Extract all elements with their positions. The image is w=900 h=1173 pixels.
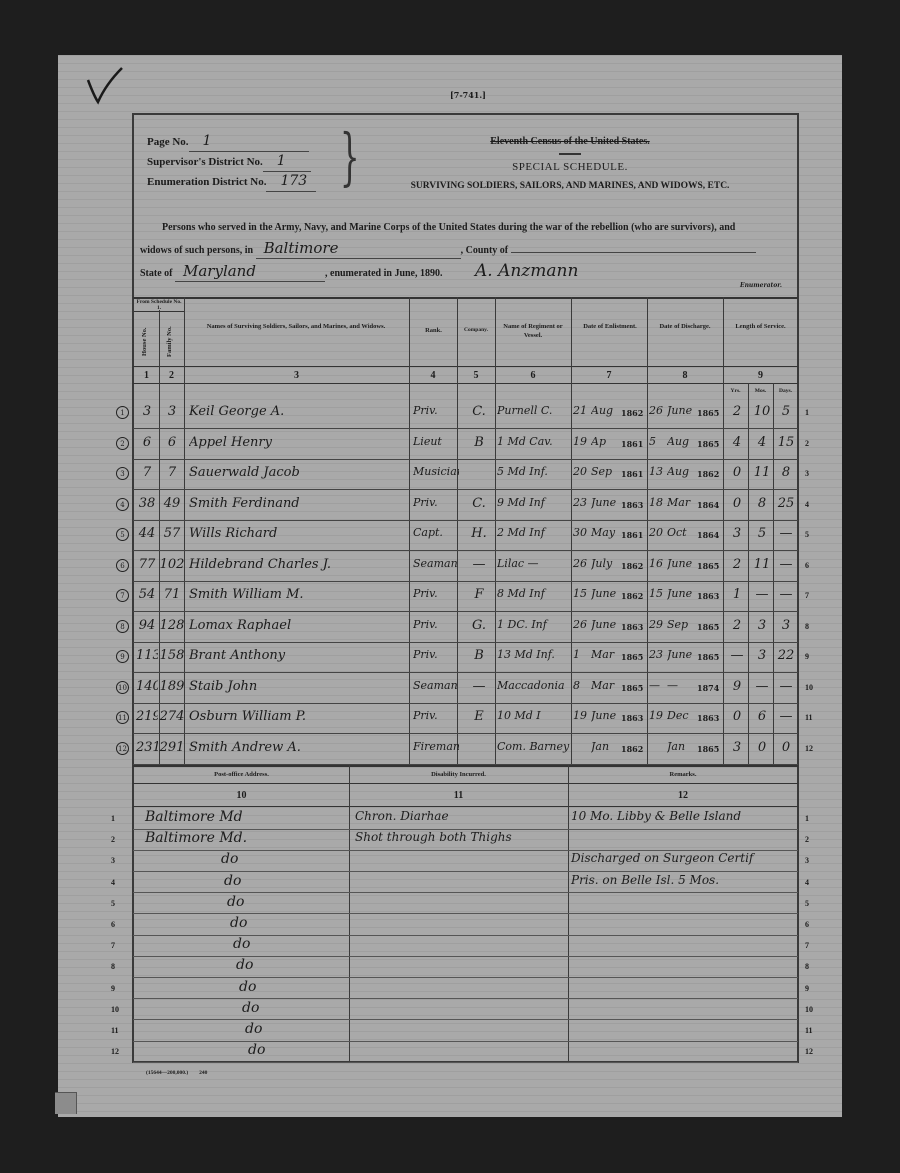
cell-family: 189 [159, 679, 185, 694]
cell-enl-year: 1865 [621, 683, 647, 693]
cell-regiment: 1 DC. Inf [497, 618, 573, 631]
cell-enl-day: 23 [573, 496, 591, 509]
cell-dis-year: 1865 [697, 652, 723, 662]
enumerated-label: , enumerated in June, 1890. [325, 268, 443, 279]
cell-dis-year: 1864 [697, 500, 723, 510]
cell-regiment: Purnell C. [497, 404, 573, 417]
schedule-subtitle: SURVIVING SOLDIERS, SAILORS, AND MARINES… [340, 181, 800, 191]
cell-enl-month: Mar [591, 648, 621, 661]
enumerator-label: Enumerator. [740, 282, 782, 289]
cell-days: — [774, 679, 798, 694]
address-header: Post-office Address. [134, 770, 349, 779]
table-row: 43849Smith FerdinandPriv.C.9 Md Inf23Jun… [133, 490, 798, 521]
cell-dis-month: Dec [667, 709, 697, 722]
cell-days: 5 [774, 404, 798, 419]
cell-enl-year: 1863 [621, 622, 647, 632]
table-row: 677102Hildebrand Charles J.Seaman—Lilac … [133, 551, 798, 582]
cell-company: C. [461, 496, 497, 511]
cell-dis-day: 5 [649, 435, 667, 448]
cell-house: 3 [136, 404, 158, 419]
cell-address: Baltimore Md [145, 809, 243, 825]
cell-dis-month: Jan [667, 740, 697, 753]
cell-dis-day: 15 [649, 587, 667, 600]
cell-enl-day: 15 [573, 587, 591, 600]
form-id: [7-741.] [450, 90, 486, 100]
lower-table-row: 1Baltimore MdChron. Diarhae10 Mo. Libby … [133, 808, 798, 830]
page-corner-fold [55, 1092, 77, 1114]
col-num-2: 2 [159, 370, 184, 381]
row-line-number: 10 [805, 683, 813, 692]
state-label: State of [140, 268, 173, 279]
cell-house: 219 [136, 709, 158, 724]
line-circle-marker: 11 [116, 711, 129, 724]
row-line-number: 12 [111, 1047, 119, 1056]
row-line-number: 1 [111, 814, 115, 823]
cell-yrs: 2 [726, 404, 748, 419]
cell-mos: 10 [750, 404, 774, 419]
cell-enl-year: 1862 [621, 561, 647, 571]
cell-dis-day: — [649, 679, 667, 692]
lower-number-rule [133, 806, 798, 807]
cell-company: — [461, 679, 497, 694]
cell-mos: — [750, 679, 774, 694]
cell-address: do [248, 1042, 265, 1058]
row-line-number: 9 [111, 984, 115, 993]
cell-name: Osburn William P. [189, 709, 409, 724]
cell-mos: 3 [750, 648, 774, 663]
col-num-5: 5 [457, 370, 495, 381]
col-num-1: 1 [134, 370, 159, 381]
cell-address: do [245, 1021, 262, 1037]
cell-yrs: 3 [726, 740, 748, 755]
checkmark-icon [84, 66, 144, 116]
cell-dis-year: 1865 [697, 561, 723, 571]
cell-remarks: 10 Mo. Libby & Belle Island [571, 809, 741, 823]
cell-address: do [224, 873, 241, 889]
cell-rank: Priv. [413, 618, 459, 631]
cell-dis-day: 29 [649, 618, 667, 631]
table-row: 11219274Osburn William P.Priv.E10 Md I19… [133, 703, 798, 734]
cell-enl-month: Jan [591, 740, 621, 753]
cell-family: 274 [159, 709, 185, 724]
cell-rank: Musician [413, 465, 459, 478]
names-header: Names of Surviving Soldiers, Sailors, an… [196, 322, 396, 331]
row-line-number: 8 [805, 622, 809, 631]
cell-dis-year: 1865 [697, 439, 723, 449]
county-value [511, 252, 756, 253]
title-divider [559, 153, 581, 155]
row-line-number: 6 [805, 561, 809, 570]
lower-table-row: 7do7 [133, 935, 798, 957]
cell-enl-year: 1861 [621, 469, 647, 479]
cell-company: H. [461, 526, 497, 541]
lower-table-row: 4doPris. on Belle Isl. 5 Mos.4 [133, 872, 798, 894]
cell-family: 7 [159, 465, 185, 480]
cell-family: 158 [159, 648, 185, 663]
cell-enl-day: 21 [573, 404, 591, 417]
cell-dis-day: 23 [649, 648, 667, 661]
cell-family: 128 [159, 618, 185, 633]
cell-family: 49 [159, 496, 185, 511]
header-number-rule [133, 366, 798, 367]
cell-rank: Seaman [413, 679, 459, 692]
cell-house: 94 [136, 618, 158, 633]
cell-name: Smith William M. [189, 587, 409, 602]
table-row: 10140189Staib JohnSeaman—Maccadonia8Mar1… [133, 673, 798, 704]
lower-table-row: 10do10 [133, 999, 798, 1021]
cell-regiment: 2 Md Inf [497, 526, 573, 539]
cell-days: — [774, 587, 798, 602]
cell-yrs: 0 [726, 465, 748, 480]
col-num-6: 6 [495, 370, 571, 381]
col-num-3: 3 [184, 370, 409, 381]
row-line-number: 2 [805, 439, 809, 448]
cell-mos: 11 [750, 557, 774, 572]
lower-table-row: 9do9 [133, 978, 798, 1000]
header-district-info: Page No.1 Supervisor's District No.1 Enu… [147, 132, 316, 192]
cell-family: 71 [159, 587, 185, 602]
cell-name: Wills Richard [189, 526, 409, 541]
lower-table-row: 8do8 [133, 956, 798, 978]
cell-mos: 11 [750, 465, 774, 480]
cell-days: — [774, 526, 798, 541]
header-title-block: Eleventh Census of the United States. SP… [340, 136, 800, 191]
line-circle-marker: 1 [116, 406, 129, 419]
enumeration-label: Enumeration District No. [147, 173, 266, 192]
page-no-label: Page No. [147, 133, 189, 152]
cell-name: Staib John [189, 679, 409, 694]
cell-family: 3 [159, 404, 185, 419]
table-row: 75471Smith William M.Priv.F8 Md Inf15Jun… [133, 581, 798, 612]
cell-yrs: 2 [726, 557, 748, 572]
row-line-number: 3 [111, 856, 115, 865]
cell-address: do [221, 851, 238, 867]
discharge-header: Date of Discharge. [655, 322, 715, 331]
row-line-number: 1 [805, 814, 809, 823]
lower-table-row: 6do6 [133, 914, 798, 936]
cell-name: Smith Andrew A. [189, 740, 409, 755]
cell-company: C. [461, 404, 497, 419]
cell-family: 102 [159, 557, 185, 572]
cell-enl-day: 19 [573, 435, 591, 448]
cell-family: 57 [159, 526, 185, 541]
cell-dis-year: 1865 [697, 408, 723, 418]
lower-table-row: 5do5 [133, 893, 798, 915]
rank-header: Rank. [410, 326, 457, 335]
line-circle-marker: 8 [116, 620, 129, 633]
cell-mos: 3 [750, 618, 774, 633]
cell-days: 8 [774, 465, 798, 480]
cell-dis-month: June [667, 557, 697, 570]
cell-company: F [461, 587, 497, 602]
table-row: 54457Wills RichardCapt.H.2 Md Inf30May18… [133, 520, 798, 551]
cell-enl-month: June [591, 618, 621, 631]
cell-enl-year: 1861 [621, 439, 647, 449]
cell-address: do [236, 957, 253, 973]
row-line-number: 12 [805, 744, 813, 753]
cell-enl-day: 26 [573, 618, 591, 631]
lower-table-row: 2Baltimore Md.Shot through both Thighs2 [133, 829, 798, 851]
cell-company: B [461, 648, 497, 663]
cell-disability: Chron. Diarhae [355, 809, 449, 823]
row-line-number: 3 [805, 469, 809, 478]
cell-house: 140 [136, 679, 158, 694]
cell-enl-month: Ap [591, 435, 621, 448]
cell-house: 113 [136, 648, 158, 663]
cell-company: G. [461, 618, 497, 633]
intro-line-1: Persons who served in the Army, Navy, an… [140, 218, 795, 238]
table-top-rule [133, 297, 798, 299]
page-no-value: 1 [189, 132, 309, 152]
col-num-4: 4 [409, 370, 457, 381]
remarks-header: Remarks. [568, 770, 798, 779]
lower-table-row: 11do11 [133, 1020, 798, 1042]
yrs-header: Yrs. [723, 387, 748, 396]
cell-name: Smith Ferdinand [189, 496, 409, 511]
cell-house: 54 [136, 587, 158, 602]
col-num-7: 7 [571, 370, 647, 381]
cell-name: Appel Henry [189, 435, 409, 450]
cell-mos: 5 [750, 526, 774, 541]
row-line-number: 4 [805, 500, 809, 509]
cell-mos: 4 [750, 435, 774, 450]
cell-dis-month: — [667, 679, 697, 692]
cell-name: Brant Anthony [189, 648, 409, 663]
cell-dis-day: 26 [649, 404, 667, 417]
cell-family: 291 [159, 740, 185, 755]
enumerator-signature: A. Anzmann [467, 261, 687, 281]
cell-mos: — [750, 587, 774, 602]
cell-regiment: 13 Md Inf. [497, 648, 573, 661]
cell-enl-month: May [591, 526, 621, 539]
col-num-9: 9 [723, 370, 798, 381]
intro-text: Persons who served in the Army, Navy, an… [140, 218, 795, 284]
header-bottom-rule [133, 383, 798, 384]
cell-enl-year: 1861 [621, 530, 647, 540]
cell-enl-day: 1 [573, 648, 591, 661]
table-row: 377Sauerwald JacobMusician5 Md Inf.20Sep… [133, 459, 798, 490]
cell-days: — [774, 557, 798, 572]
cell-name: Hildebrand Charles J. [189, 557, 409, 572]
cell-rank: Fireman [413, 740, 459, 753]
row-line-number: 10 [805, 1005, 813, 1014]
cell-yrs: 1 [726, 587, 748, 602]
supervisor-value: 1 [263, 152, 311, 172]
line-circle-marker: 5 [116, 528, 129, 541]
cell-company: B [461, 435, 497, 450]
cell-house: 7 [136, 465, 158, 480]
cell-dis-month: Mar [667, 496, 697, 509]
family-no-header: Family No. [165, 322, 174, 362]
cell-dis-day: 13 [649, 465, 667, 478]
cell-rank: Lieut [413, 435, 459, 448]
col-num-11: 11 [349, 790, 568, 801]
row-line-number: 6 [805, 920, 809, 929]
cell-name: Lomax Raphael [189, 618, 409, 633]
cell-enl-month: June [591, 496, 621, 509]
cell-regiment: 5 Md Inf. [497, 465, 573, 478]
from-schedule-label: From Schedule No. 1. [134, 299, 184, 312]
line-circle-marker: 6 [116, 559, 129, 572]
cell-address: do [239, 979, 256, 995]
cell-yrs: 0 [726, 496, 748, 511]
lower-header-rule [133, 783, 798, 784]
cell-address: do [230, 915, 247, 931]
table-row: 9113158Brant AnthonyPriv.B13 Md Inf.1Mar… [133, 642, 798, 673]
cell-enl-year: 1863 [621, 713, 647, 723]
cell-rank: Capt. [413, 526, 459, 539]
row-line-number: 5 [805, 530, 809, 539]
row-line-number: 12 [805, 1047, 813, 1056]
row-line-number: 6 [111, 920, 115, 929]
col-num-10: 10 [134, 790, 349, 801]
cell-yrs: 2 [726, 618, 748, 633]
cell-mos: 8 [750, 496, 774, 511]
cell-dis-year: 1862 [697, 469, 723, 479]
cell-enl-month: June [591, 709, 621, 722]
cell-enl-day: 20 [573, 465, 591, 478]
house-no-header: House No. [140, 322, 149, 362]
cell-enl-month: Aug [591, 404, 621, 417]
cell-enl-month: June [591, 587, 621, 600]
cell-rank: Priv. [413, 709, 459, 722]
cell-dis-month: June [667, 404, 697, 417]
lower-top-rule [133, 765, 798, 767]
row-line-number: 4 [111, 878, 115, 887]
cell-dis-year: 1863 [697, 591, 723, 601]
enumeration-value: 173 [266, 172, 316, 192]
cell-enl-year: 1862 [621, 591, 647, 601]
cell-rank: Priv. [413, 496, 459, 509]
cell-rank: Priv. [413, 648, 459, 661]
cell-name: Sauerwald Jacob [189, 465, 409, 480]
cell-yrs: 0 [726, 709, 748, 724]
cell-dis-day: 19 [649, 709, 667, 722]
cell-house: 6 [136, 435, 158, 450]
cell-dis-month: Aug [667, 435, 697, 448]
print-code-text: (15644—200,000.) [146, 1070, 188, 1076]
cell-address: do [227, 894, 244, 910]
row-line-number: 7 [805, 591, 809, 600]
table-row: 894128Lomax RaphaelPriv.G.1 DC. Inf26Jun… [133, 612, 798, 643]
cell-company: E [461, 709, 497, 724]
cell-enl-month: July [591, 557, 621, 570]
cell-house: 231 [136, 740, 158, 755]
cell-enl-day: 8 [573, 679, 591, 692]
cell-disability: Shot through both Thighs [355, 830, 512, 844]
table-row: 266Appel HenryLieutB1 Md Cav.19Ap18615Au… [133, 429, 798, 460]
cell-enl-year: 1863 [621, 500, 647, 510]
row-line-number: 5 [111, 899, 115, 908]
cell-days: 15 [774, 435, 798, 450]
cell-dis-year: 1865 [697, 744, 723, 754]
county-label: , County of [461, 245, 509, 256]
cell-enl-year: 1862 [621, 408, 647, 418]
cell-enl-month: Mar [591, 679, 621, 692]
state-value: Maryland [175, 261, 325, 282]
print-code-number: 240 [199, 1070, 207, 1076]
days-header: Days. [773, 387, 798, 396]
cell-regiment: 1 Md Cav. [497, 435, 573, 448]
cell-days: 0 [774, 740, 798, 755]
cell-house: 38 [136, 496, 158, 511]
cell-enl-day: 19 [573, 709, 591, 722]
row-line-number: 2 [805, 835, 809, 844]
row-line-number: 7 [805, 941, 809, 950]
cell-enl-day: 30 [573, 526, 591, 539]
cell-regiment: 9 Md Inf [497, 496, 573, 509]
cell-dis-day: 16 [649, 557, 667, 570]
supervisor-label: Supervisor's District No. [147, 153, 263, 172]
cell-house: 44 [136, 526, 158, 541]
row-line-number: 9 [805, 984, 809, 993]
row-line-number: 9 [805, 652, 809, 661]
line-circle-marker: 3 [116, 467, 129, 480]
cell-days: 3 [774, 618, 798, 633]
line-circle-marker: 4 [116, 498, 129, 511]
cell-house: 77 [136, 557, 158, 572]
cell-dis-month: Oct [667, 526, 697, 539]
cell-family: 6 [159, 435, 185, 450]
cell-dis-year: 1864 [697, 530, 723, 540]
row-line-number: 8 [805, 962, 809, 971]
row-line-number: 11 [805, 1026, 813, 1035]
col-num-8: 8 [647, 370, 723, 381]
disability-header: Disability Incurred. [349, 770, 568, 779]
cell-rank: Seaman [413, 557, 459, 570]
cell-regiment: Com. Barney [497, 740, 573, 753]
row-line-number: 5 [805, 899, 809, 908]
cell-regiment: 8 Md Inf [497, 587, 573, 600]
cell-address: do [233, 936, 250, 952]
cell-dis-day: 20 [649, 526, 667, 539]
row-line-number: 3 [805, 856, 809, 865]
cell-days: — [774, 709, 798, 724]
line-circle-marker: 2 [116, 437, 129, 450]
table-row: 12231291Smith Andrew A.FiremanCom. Barne… [133, 734, 798, 765]
regiment-header: Name of Regiment or Vessel. [497, 322, 569, 340]
cell-dis-month: Aug [667, 465, 697, 478]
cell-mos: 0 [750, 740, 774, 755]
enlistment-header: Date of Enlistment. [580, 322, 640, 331]
cell-rank: Priv. [413, 404, 459, 417]
mos-header: Mos. [748, 387, 773, 396]
row-line-number: 2 [111, 835, 115, 844]
row-line-number: 11 [111, 1026, 119, 1035]
widows-label: widows of such persons, in [140, 245, 253, 256]
cell-enl-year: 1862 [621, 744, 647, 754]
cell-name: Keil George A. [189, 404, 409, 419]
cell-enl-month: Sep [591, 465, 621, 478]
row-line-number: 4 [805, 878, 809, 887]
line-circle-marker: 10 [116, 681, 129, 694]
line-circle-marker: 12 [116, 742, 129, 755]
col-num-12: 12 [568, 790, 798, 801]
row-line-number: 10 [111, 1005, 119, 1014]
cell-days: 22 [774, 648, 798, 663]
cell-dis-year: 1865 [697, 622, 723, 632]
cell-regiment: 10 Md I [497, 709, 573, 722]
census-title: Eleventh Census of the United States. [340, 136, 800, 147]
place-value: Baltimore [256, 238, 461, 259]
cell-dis-month: June [667, 587, 697, 600]
lower-table-row: 12do12 [133, 1041, 798, 1063]
cell-dis-month: June [667, 648, 697, 661]
cell-enl-year: 1865 [621, 652, 647, 662]
cell-remarks: Pris. on Belle Isl. 5 Mos. [571, 873, 719, 887]
row-line-number: 11 [805, 713, 813, 722]
cell-yrs: 3 [726, 526, 748, 541]
